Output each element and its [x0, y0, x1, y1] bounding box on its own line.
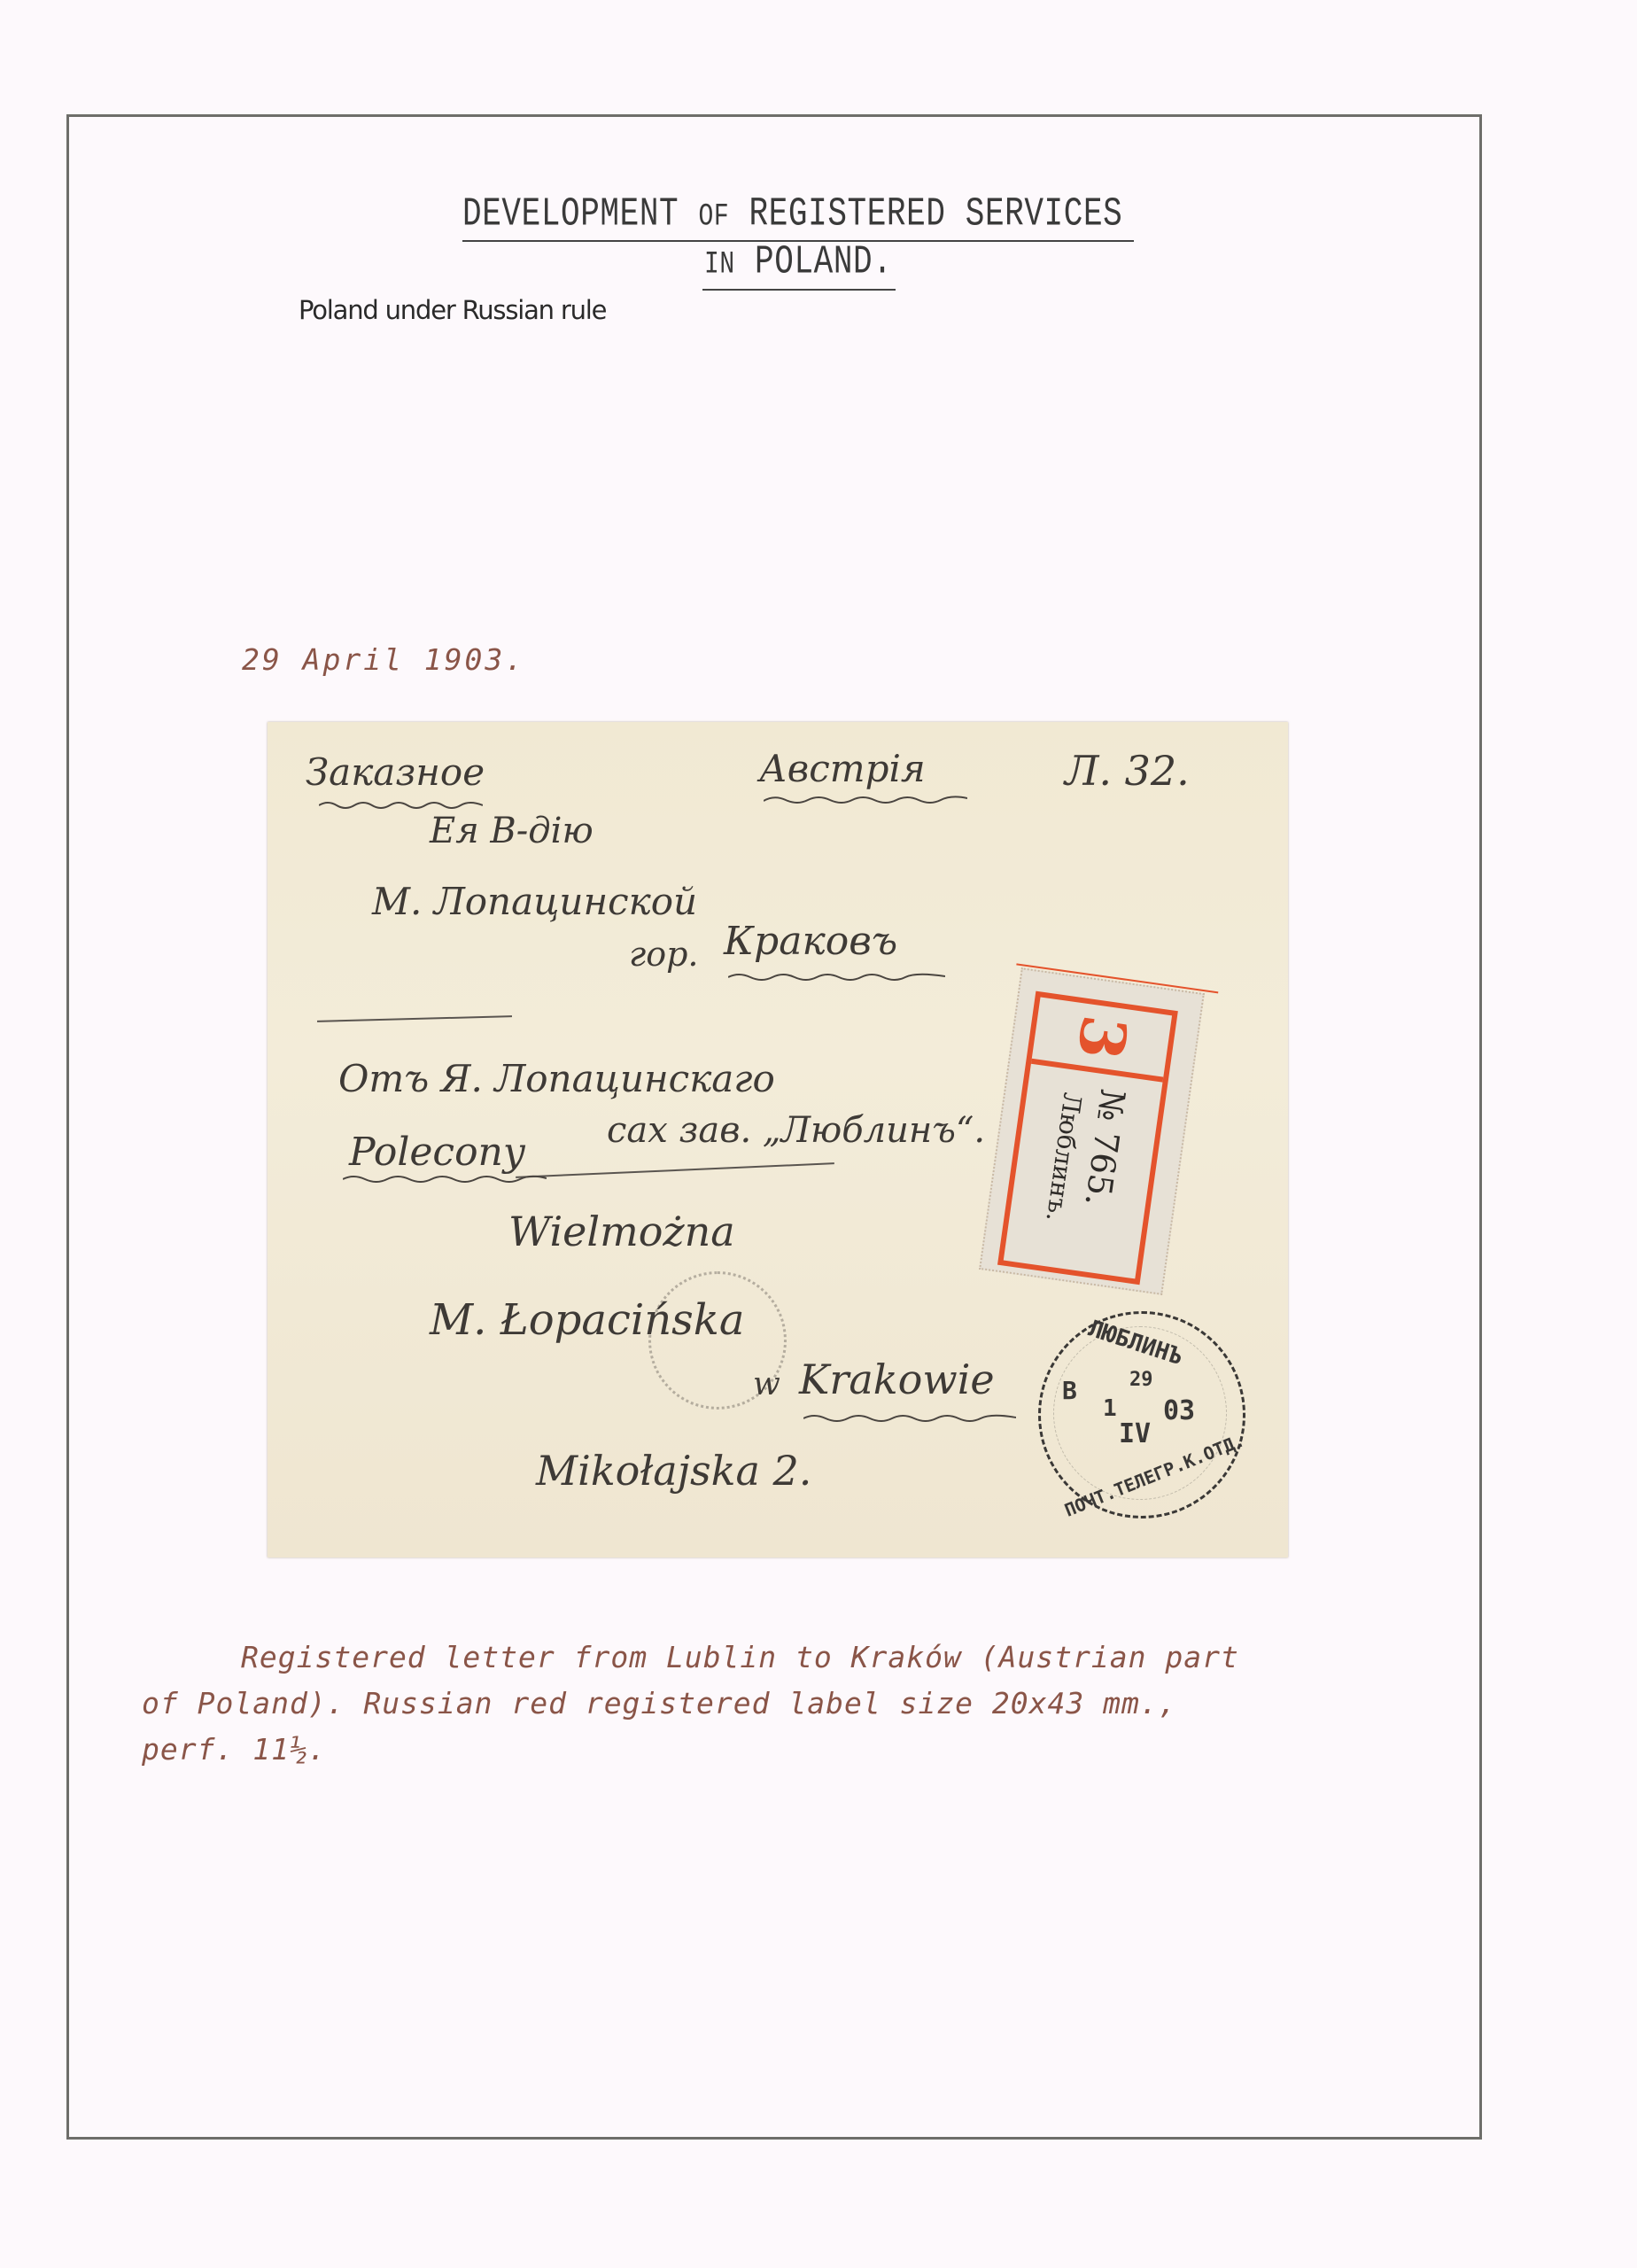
title-word-poland: POLAND.: [755, 239, 892, 284]
title-underline-2: [702, 289, 896, 291]
caption-line-1: Registered letter from Lublin to Kraków …: [142, 1635, 1239, 1681]
postmark-month: IV: [1119, 1418, 1151, 1449]
postmark-day: 29: [1129, 1369, 1153, 1391]
wavy-underline: [728, 972, 945, 981]
title-words-registered-services: REGISTERED SERVICES: [749, 191, 1123, 237]
hw-registered-ru: Заказное: [306, 750, 485, 794]
hw-sender-line-2: сах зав. „Люблинъ“.: [607, 1110, 985, 1151]
hw-registered-pl: Polecony: [349, 1130, 525, 1175]
hw-city-pl: Krakowie: [799, 1355, 995, 1403]
title-word-in: IN: [704, 248, 735, 283]
wavy-underline: [319, 800, 483, 809]
hw-addressee-ru: М. Лопацинской: [372, 880, 697, 923]
hw-sender-line-1: Отъ Я. Лопацинскаго: [338, 1057, 775, 1100]
caption-line-2: of Poland). Russian red registered label…: [142, 1681, 1239, 1727]
hw-city-prefix-ru: гор.: [629, 935, 699, 974]
hw-honorific-pl: Wielmożna: [508, 1208, 735, 1255]
caption-line-3: perf. 11½.: [142, 1727, 1239, 1773]
faint-postmark-smudge: [648, 1271, 787, 1410]
separator-line: [516, 1162, 834, 1178]
hw-reference-number: Л. 32.: [1065, 747, 1190, 795]
description-caption: Registered letter from Lublin to Kraków …: [142, 1635, 1239, 1773]
label-class-box: 3: [1031, 997, 1172, 1082]
hw-city-ru: Краковъ: [724, 919, 897, 964]
hw-destination-country: Австрія: [759, 747, 926, 790]
page-title-line-1: DEVELOPMENT OF REGISTERED SERVICES: [462, 191, 1122, 237]
postmark-left-letter: B: [1062, 1376, 1077, 1405]
title-word-development: DEVELOPMENT: [462, 191, 679, 237]
separator-line: [317, 1015, 512, 1022]
hw-honorific-ru: Ея В-дію: [430, 811, 594, 851]
wavy-underline: [764, 795, 967, 804]
wavy-underline: [803, 1413, 1016, 1422]
postmark-marker: 1: [1103, 1395, 1117, 1422]
page-subtitle: Poland under Russian rule: [299, 295, 606, 325]
title-word-of: OF: [698, 200, 729, 235]
wavy-underline: [343, 1174, 547, 1183]
label-class-letter: 3: [1062, 1011, 1141, 1064]
postmark-cancel: ЛЮБЛИНЪ ПОЧТ.ТЕЛЕГР.К.ОТД. B 29 1 03 IV: [1038, 1311, 1245, 1518]
label-red-frame: 3 № 765. Люблинъ.: [997, 991, 1178, 1285]
postmark-year: 03: [1163, 1395, 1195, 1426]
page-title-line-2: IN POLAND.: [704, 239, 892, 284]
hw-street: Mikołajska 2.: [536, 1447, 811, 1495]
cover-date: 29 April 1903.: [242, 642, 525, 677]
